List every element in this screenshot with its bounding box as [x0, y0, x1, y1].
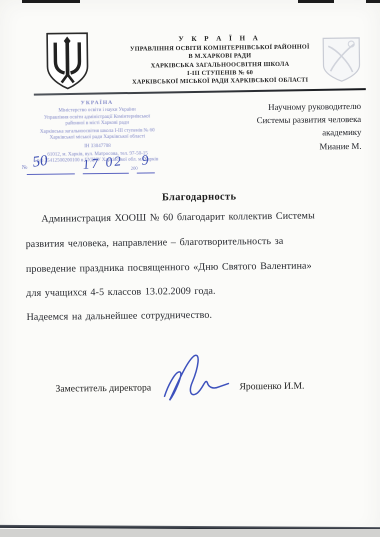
body-line: для учащихся 4-5 классов 13.02.2009 года…	[26, 284, 366, 299]
reg-number-underline	[27, 172, 75, 175]
signature-name: Ярошенко И.М.	[239, 381, 304, 393]
addressee-line: Системы развития человека	[257, 113, 362, 127]
addressee-line: академику	[257, 126, 362, 140]
reg-year-handwritten: 9	[141, 153, 149, 170]
addressee-line: Научному руководителю	[256, 100, 361, 114]
stamp-line: ІН 33047708	[14, 143, 180, 151]
signature-role: Заместитель директора	[55, 382, 151, 394]
reg-number-handwritten: 50	[32, 153, 49, 172]
stamp-line: районної в місті Харкові ради	[14, 120, 180, 128]
stamp-line: Харківської міської ради Харківської обл…	[14, 134, 180, 142]
signature-scribble-icon	[154, 349, 235, 413]
addressee-line: Миание М.	[257, 140, 362, 154]
reg-year-underline	[137, 171, 155, 173]
reg-number-prefix: №	[22, 165, 28, 171]
body-line: Администрация ХООШ № 60 благодарит колле…	[25, 210, 380, 225]
body-line: Надеемся на дальнейшее сотрудничество.	[27, 308, 367, 323]
letterhead-text: У К Р А Ї Н А УПРАВЛІННЯ ОСВІТИ КОМІНТЕР…	[102, 33, 338, 87]
letterhead-line: ХАРКІВСЬКОЇ МІСЬКОЇ РАДИ ХАРКІВСЬКОЇ ОБЛ…	[103, 76, 338, 87]
body-line: развития человека, направление – благотв…	[26, 235, 366, 250]
regional-coat-of-arms-icon	[318, 35, 365, 91]
body-line: проведение праздника посвященного «Дню С…	[26, 260, 366, 275]
reg-year-printed: 200	[131, 166, 138, 171]
letterhead-country: У К Р А Ї Н А	[102, 33, 337, 44]
reg-date-handwritten: 17 02	[82, 153, 124, 173]
letter-title: Благодарность	[19, 190, 379, 205]
ukraine-trident-icon	[41, 30, 94, 98]
page-scan: У К Р А Ї Н А УПРАВЛІННЯ ОСВІТИ КОМІНТЕР…	[0, 0, 380, 537]
addressee-block: Научному руководителю Системы развития ч…	[256, 100, 361, 154]
reg-date-underline	[83, 172, 129, 175]
document-content: У К Р А Ї Н А УПРАВЛІННЯ ОСВІТИ КОМІНТЕР…	[0, 0, 380, 537]
